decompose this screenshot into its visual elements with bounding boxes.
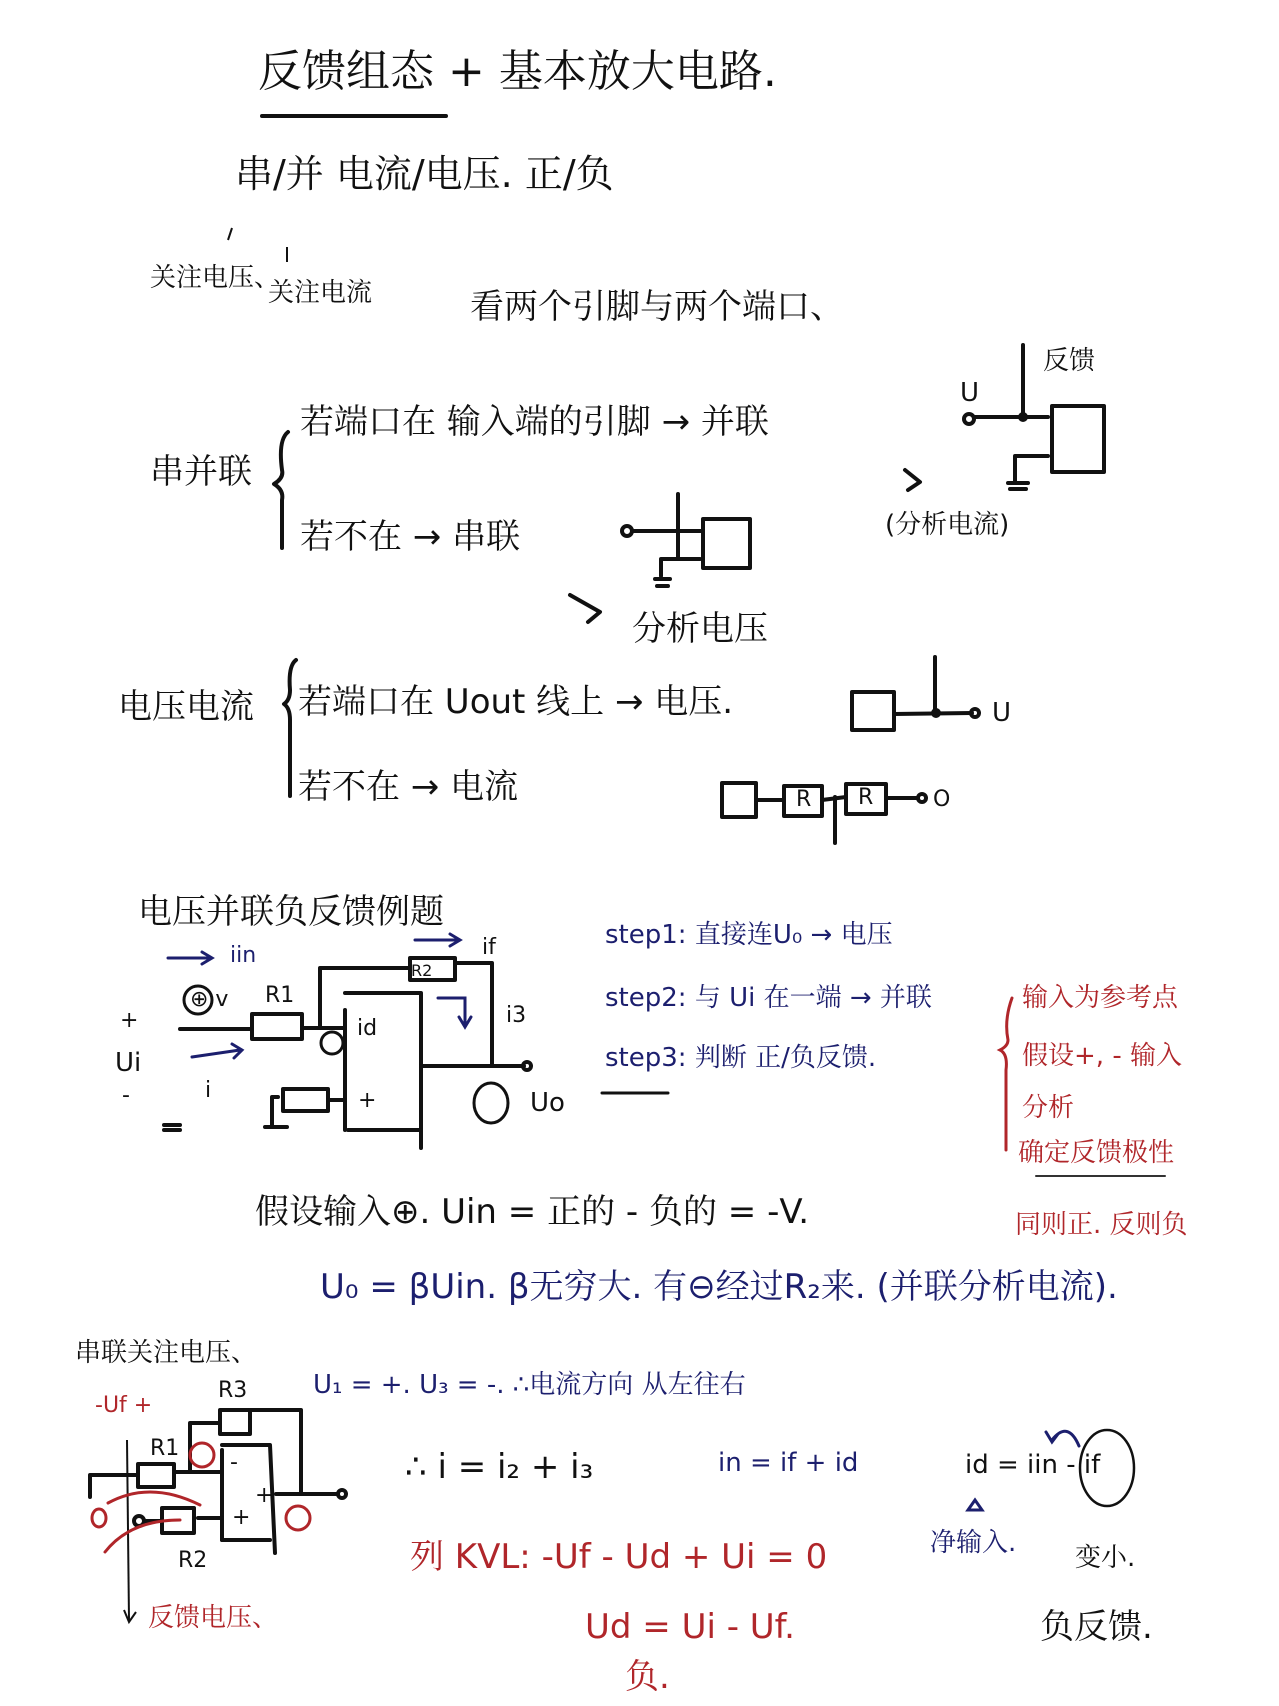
resistor-label: R [796, 789, 811, 811]
label-op-plus: + [358, 1090, 376, 1112]
step-label: step2: [605, 983, 687, 1013]
label-r3: R3 [218, 1380, 247, 1402]
diagram-label-feedback: 反馈 [1043, 348, 1095, 374]
brace-voltage-current [284, 660, 296, 796]
label-i: i [205, 1080, 211, 1102]
note-current-focus: 关注电流 [268, 280, 372, 306]
red-note: 假设+, - 输入 [1022, 1043, 1182, 1069]
label-uf: -Uf + [95, 1395, 152, 1417]
label-plus-v: ⊕ v [190, 989, 228, 1011]
red-note: 输入为参考点 [1022, 985, 1178, 1011]
current-diagram-o: O [933, 789, 950, 811]
step-label: step3: [605, 1043, 687, 1073]
current-sampling-diagram [722, 783, 926, 843]
label-uo: Uo [530, 1090, 565, 1116]
example-2-circuit [90, 1410, 346, 1622]
label-op-plus: + [232, 1507, 250, 1529]
voltage-sampling-diagram [852, 657, 979, 730]
decrease-label: 变小. [1075, 1545, 1135, 1571]
label-iin: iin [230, 945, 256, 967]
step-text: 直接连U₀ → 电压 [695, 920, 893, 950]
label-op-minus: - [230, 1452, 238, 1474]
step-2: step2: 与 Ui 在一端 → 并联 [605, 985, 932, 1011]
id-equation: id = iin - if [965, 1452, 1100, 1478]
example-1-circuit [164, 934, 531, 1148]
label-op-mid: + [255, 1485, 273, 1507]
red-note: 确定反馈极性 [1018, 1140, 1174, 1166]
label-id: id [357, 1018, 377, 1040]
example-2-title: 串联关注电压、 [75, 1340, 257, 1366]
analysis-line-2: U₀ = βUin. β无穷大. 有⊖经过R₂来. (并联分析电流). [320, 1270, 1118, 1304]
brace-series-parallel [274, 432, 288, 548]
label-i3: i3 [506, 1005, 526, 1027]
rule-parallel: 若端口在 输入端的引脚 → 并联 [300, 405, 769, 439]
note-analyze-voltage: 分析电压 [632, 612, 768, 646]
label-r1: R1 [265, 985, 294, 1007]
label-r2: R2 [411, 963, 432, 979]
red-note: 分析 [1022, 1095, 1074, 1121]
instruction-text: 看两个引脚与两个端口、 [470, 290, 844, 324]
label-r1: R1 [150, 1438, 179, 1460]
negative-result: 负. [625, 1660, 670, 1694]
label-r2: R2 [178, 1550, 207, 1572]
step-label: step1: [605, 920, 687, 950]
negative-feedback-label: 负反馈. [1040, 1610, 1153, 1644]
feedback-voltage-label: 反馈电压、 [148, 1605, 278, 1631]
page-subtitle: 串/并 电流/电压. 正/负 [235, 155, 614, 193]
kvl-equation: 列 KVL: -Uf - Ud + Ui = 0 [410, 1540, 827, 1574]
brace-red-notes [1000, 998, 1012, 1150]
label-plus: + [120, 1010, 138, 1032]
step-3: step3: 判断 正/负反馈. [605, 1045, 876, 1071]
step-text: 判断 正/负反馈. [695, 1043, 876, 1073]
rule-voltage: 若端口在 Uout 线上 → 电压. [298, 685, 733, 719]
label-ui: Ui [115, 1050, 141, 1076]
voltage-diagram-u: U [992, 700, 1011, 726]
label-minus: - [122, 1085, 130, 1107]
section-label-series-parallel: 串并联 [150, 455, 252, 489]
red-rule: 同则正. 反则负 [1015, 1212, 1188, 1238]
note-voltage-focus: 关注电压、 [150, 265, 280, 291]
rule-current: 若不在 → 电流 [298, 770, 518, 804]
net-input-label: 净输入. [930, 1530, 1016, 1556]
ud-equation: Ud = Ui - Uf. [585, 1610, 795, 1644]
label-if: if [482, 937, 496, 959]
example-1-title: 电压并联负反馈例题 [138, 895, 444, 929]
rule-series: 若不在 → 串联 [300, 520, 520, 554]
diagram-label-u: U [960, 380, 979, 406]
step-text: 与 Ui 在一端 → 并联 [695, 983, 932, 1013]
note-analyze-current: (分析电流) [885, 512, 1009, 538]
page-title: 反馈组态 + 基本放大电路. [258, 50, 777, 94]
analysis-line-3: U₁ = +. U₃ = -. ∴电流方向 从左往右 [313, 1372, 746, 1398]
resistor-label: R [858, 787, 873, 809]
analysis-line-1: 假设输入⊕. Uin = 正的 - 负的 = -V. [255, 1195, 809, 1229]
series-feedback-diagram [570, 494, 750, 622]
step-1: step1: 直接连U₀ → 电压 [605, 922, 893, 948]
in-equation: in = if + id [718, 1450, 858, 1476]
section-label-voltage-current: 电压电流 [118, 690, 254, 724]
current-equation: ∴ i = i₂ + i₃ [405, 1450, 593, 1484]
